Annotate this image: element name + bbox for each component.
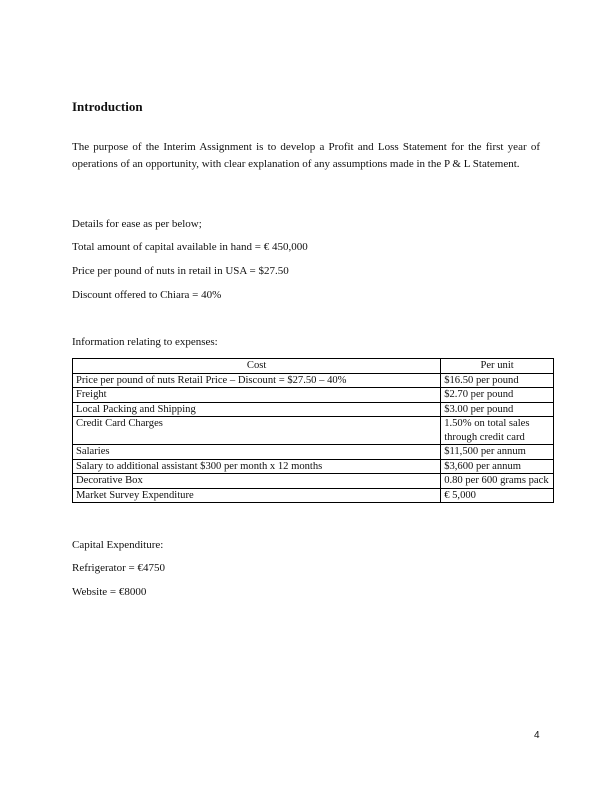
per-unit-cell: $3,600 per annum [441,459,554,474]
cost-cell: Price per pound of nuts Retail Price – D… [73,373,441,388]
per-unit-cell: € 5,000 [441,488,554,503]
capex-website: Website = €8000 [72,585,146,599]
detail-price: Price per pound of nuts in retail in USA… [72,264,289,278]
table-row: Salaries$11,500 per annum [73,445,554,460]
per-unit-cell: $16.50 per pound [441,373,554,388]
cost-cell: Market Survey Expenditure [73,488,441,503]
document-page: Introduction The purpose of the Interim … [0,0,612,792]
table-row: Local Packing and Shipping$3.00 per poun… [73,402,554,417]
per-unit-cell: 1.50% on total sales through credit card [441,417,554,445]
header-cost: Cost [73,359,441,374]
cost-cell: Local Packing and Shipping [73,402,441,417]
capex-lead: Capital Expenditure: [72,538,163,552]
capex-refrigerator: Refrigerator = €4750 [72,561,165,575]
detail-capital: Total amount of capital available in han… [72,240,308,254]
expenses-table: Cost Per unit Price per pound of nuts Re… [72,358,554,503]
cost-cell: Credit Card Charges [73,417,441,445]
section-heading: Introduction [72,99,143,115]
per-unit-cell: $11,500 per annum [441,445,554,460]
table-header-row: Cost Per unit [73,359,554,374]
details-lead: Details for ease as per below; [72,217,202,231]
table-row: Freight$2.70 per pound [73,388,554,403]
expenses-lead: Information relating to expenses: [72,335,218,349]
cost-cell: Freight [73,388,441,403]
per-unit-cell: $3.00 per pound [441,402,554,417]
table-row: Credit Card Charges1.50% on total sales … [73,417,554,445]
table-row: Decorative Box0.80 per 600 grams pack [73,474,554,489]
page-number: 4 [534,730,540,741]
per-unit-cell: 0.80 per 600 grams pack [441,474,554,489]
cost-cell: Salary to additional assistant $300 per … [73,459,441,474]
cost-cell: Decorative Box [73,474,441,489]
table-row: Salary to additional assistant $300 per … [73,459,554,474]
per-unit-cell: $2.70 per pound [441,388,554,403]
table-row: Price per pound of nuts Retail Price – D… [73,373,554,388]
header-per-unit: Per unit [441,359,554,374]
cost-cell: Salaries [73,445,441,460]
detail-discount: Discount offered to Chiara = 40% [72,288,221,302]
table-row: Market Survey Expenditure€ 5,000 [73,488,554,503]
intro-paragraph: The purpose of the Interim Assignment is… [72,139,540,173]
